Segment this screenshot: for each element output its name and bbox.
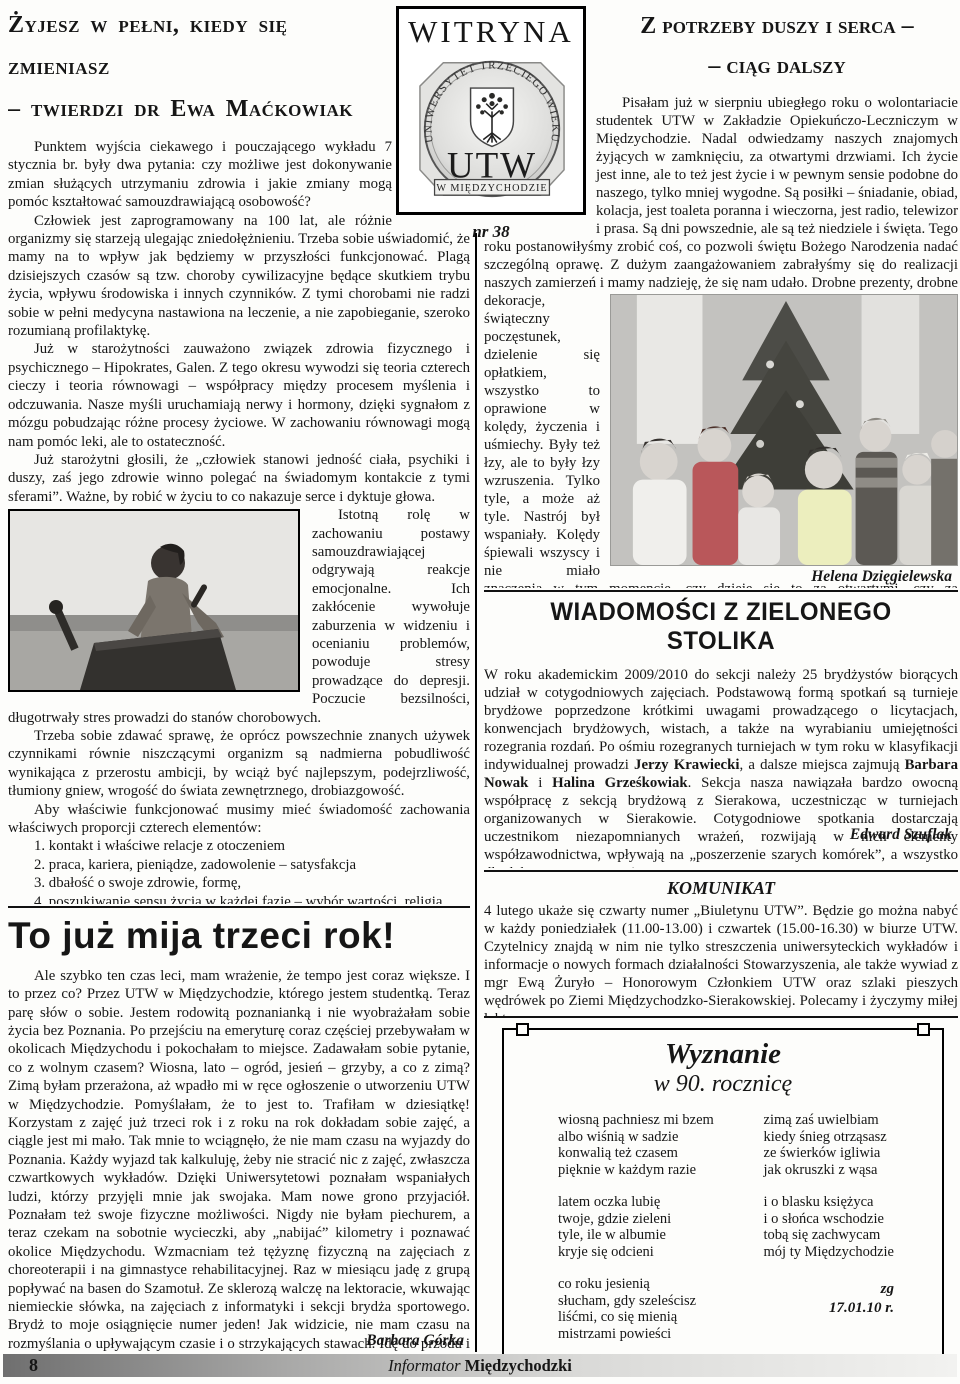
article-third-year-title: To już mija trzeci rok! (8, 916, 470, 957)
section-divider-rule (484, 590, 958, 592)
paragraph: Już starożytni głosili, że „człowiek sta… (8, 451, 470, 506)
poem-frame: Wyznanie w 90. rocznicę wiosną pachniesz… (502, 1028, 944, 1354)
person-name: Halina Grześkowiak (552, 775, 688, 791)
poem-stanza: i o blasku księżyca i o słońca wschodzie… (764, 1194, 894, 1260)
masthead-spacer (484, 6, 596, 224)
paragraph-text: i (528, 775, 552, 791)
list-item: 1. kontakt i właściwe relacje z otoczeni… (8, 837, 470, 855)
publication-name: Informator Międzychodzki (388, 1356, 572, 1376)
komunikat-title: KOMUNIKAT (484, 878, 958, 899)
komunikat-body: 4 lutego ukaże się czwarty numer „Biulet… (484, 902, 958, 1016)
article-third-year-body: Ale szybko ten czas leci, mam wrażenie, … (8, 967, 470, 1352)
poem-right-column: zimą zaś uwielbiam kiedy śnieg otrząsasz… (764, 1112, 894, 1354)
person-name: Jerzy Krawiecki (634, 757, 739, 773)
list-item: 3. dbałość o swoje zdrowie, formę, (8, 874, 470, 892)
footer-bar: 8 Informator Międzychodzki (3, 1354, 957, 1377)
paragraph: Już w starożytności zauważono związek zd… (8, 340, 470, 450)
poem-stanza: zimą zaś uwielbiam kiedy śnieg otrząsasz… (764, 1112, 894, 1178)
article-third-year: To już mija trzeci rok! Ale szybko ten c… (8, 906, 470, 1352)
paragraph: Aby właściwie funkcjonować musimy mieć ś… (8, 801, 470, 838)
column-divider (475, 233, 477, 1352)
poem-stanza: co roku jesienią słucham, gdy szeleścisz… (558, 1276, 714, 1342)
paragraph-with-photo: Istotną rolę w zachowaniu postawy samouz… (8, 506, 470, 727)
article-duszy: Z potrzeby duszy i serca – – ciąg dalszy… (484, 6, 958, 588)
article-stolik: WIADOMOŚCI Z ZIELONEGO STOLIKA W roku ak… (484, 590, 958, 868)
poem-subtitle: w 90. rocznicę (514, 1071, 932, 1098)
publication-name-bold: Międzychodzki (465, 1356, 572, 1375)
section-divider-rule (8, 906, 470, 908)
article-stolik-title: WIADOMOŚCI Z ZIELONEGO STOLIKA (493, 598, 948, 656)
list-item: 4. poszukiwanie sensu życia w każdej faz… (8, 893, 470, 904)
list-item: 2. praca, kariera, pieniądze, zadowoleni… (8, 856, 470, 874)
poem-left-column: wiosną pachniesz mi bzem albo wiśnią w s… (558, 1112, 714, 1354)
author-signature: Helena Dzięgielewska (811, 568, 952, 586)
poem-section: Wyznanie w 90. rocznicę wiosną pachniesz… (484, 1016, 958, 1354)
newsletter-page: Żyjesz w pełni, kiedy się zmieniasz – tw… (0, 0, 960, 1384)
poem-title: Wyznanie (514, 1038, 932, 1071)
lecture-photo (8, 509, 300, 692)
paragraph: Trzeba sobie zdawać sprawę, że oprócz po… (8, 727, 470, 801)
frame-corner-ornament (917, 1023, 930, 1036)
publication-name-italic: Informator (388, 1356, 460, 1375)
poem-stanza: latem oczka lubię twoje, gdzie zieleni t… (558, 1194, 714, 1260)
page-number: 8 (29, 1355, 38, 1376)
section-divider-rule (484, 870, 958, 872)
author-signature: Edward Szuflak (850, 826, 952, 844)
poem-signature: zg 17.01.10 r. (764, 1280, 894, 1318)
komunikat-section: KOMUNIKAT 4 lutego ukaże się czwarty num… (484, 870, 958, 1016)
author-signature: Barbara Górka (366, 1332, 464, 1350)
section-divider-rule (484, 1016, 958, 1018)
frame-corner-ornament (516, 1023, 529, 1036)
paragraph-text: , a dalsze miejsca zajmują (739, 757, 904, 773)
poem-stanza: wiosną pachniesz mi bzem albo wiśnią w s… (558, 1112, 714, 1178)
christmas-photo (610, 294, 958, 566)
